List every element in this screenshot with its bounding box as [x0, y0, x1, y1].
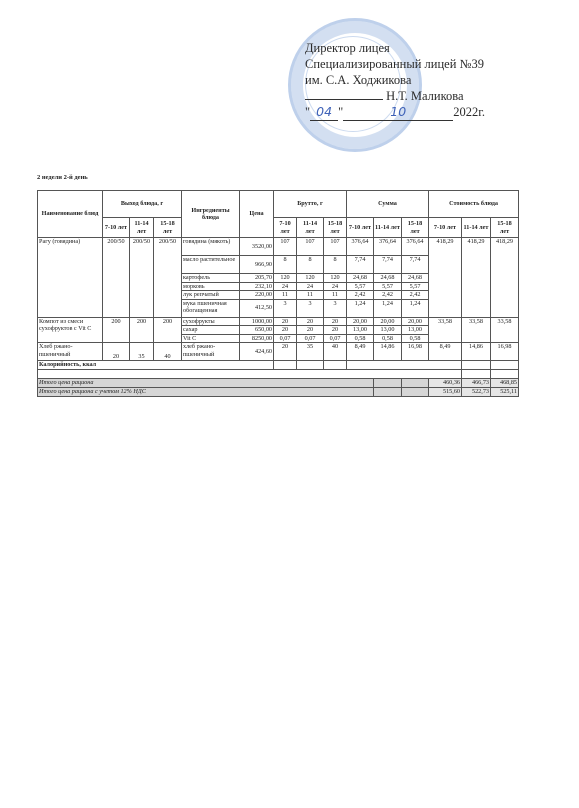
approval-institution: Специализированный лицей №39 — [305, 56, 545, 72]
header-brutto-age-3: 15-18 лет — [324, 218, 347, 238]
table-row: Рагу (говядина)200/50200/50200/50говядин… — [38, 238, 519, 256]
total-vat-value-age-2: 522,73 — [462, 388, 491, 397]
ingredient-sum: 13,00 — [402, 326, 429, 335]
header-yield-age-1: 7-10 лет — [103, 218, 130, 238]
total-value-age-2: 466,73 — [462, 379, 491, 388]
ingredient-brutto: 8 — [324, 256, 347, 274]
total-row: Итого цена рациона 460,36 466,73 468,85 — [38, 379, 519, 388]
dish-yield: 200/50 — [103, 238, 130, 318]
ingredient-name: мука пшеничная обогащенная — [182, 299, 240, 317]
ingredient-brutto: 11 — [297, 291, 324, 300]
ingredient-name: Vit C — [182, 334, 240, 343]
total-spacer — [374, 379, 402, 388]
ingredient-brutto: 20 — [324, 317, 347, 326]
total-spacer — [374, 388, 402, 397]
ingredient-sum: 7,74 — [347, 256, 374, 274]
header-cost-age-2: 11-14 лет — [462, 218, 491, 238]
ingredient-brutto: 3 — [274, 299, 297, 317]
ingredient-price: 3520,00 — [240, 238, 274, 256]
ingredient-brutto: 8 — [297, 256, 324, 274]
header-row-2: 7-10 лет 11-14 лет 15-18 лет 7-10 лет 11… — [38, 218, 519, 238]
blank-row — [38, 370, 519, 379]
table-row: Хлеб ржано-пшеничный203540хлеб ржано-пше… — [38, 343, 519, 361]
ingredient-name: сухофрукты — [182, 317, 240, 326]
dish-yield: 200/50 — [130, 238, 154, 318]
ingredient-brutto: 20 — [274, 317, 297, 326]
blank-cell — [38, 370, 462, 379]
ingredient-sum: 20,00 — [374, 317, 402, 326]
dish-yield: 20 — [103, 343, 130, 361]
ingredient-sum: 14,86 — [374, 343, 402, 361]
header-sum-age-3: 15-18 лет — [402, 218, 429, 238]
dish-yield: 40 — [154, 343, 182, 361]
dish-cost: 33,58 — [462, 317, 491, 343]
ingredient-sum: 376,64 — [402, 238, 429, 256]
dish-yield: 35 — [130, 343, 154, 361]
dish-cost: 33,58 — [429, 317, 462, 343]
dish-yield: 200 — [103, 317, 130, 343]
ingredient-sum: 5,57 — [374, 282, 402, 291]
ingredient-brutto: 20 — [274, 326, 297, 335]
total-vat-value-age-3: 525,11 — [491, 388, 519, 397]
ingredient-name: морковь — [182, 282, 240, 291]
ingredient-sum: 5,57 — [402, 282, 429, 291]
ingredient-sum: 1,24 — [402, 299, 429, 317]
dish-cost: 418,29 — [491, 238, 519, 318]
calories-cell — [491, 361, 519, 370]
ingredient-sum: 1,24 — [347, 299, 374, 317]
dish-cost: 16,98 — [491, 343, 519, 361]
dish-yield: 200 — [154, 317, 182, 343]
total-value-age-1: 460,36 — [429, 379, 462, 388]
header-price: Цена — [240, 191, 274, 238]
ingredient-brutto: 120 — [274, 274, 297, 283]
ingredient-price: 220,00 — [240, 291, 274, 300]
ingredient-price: 650,00 — [240, 326, 274, 335]
ingredient-sum: 13,00 — [374, 326, 402, 335]
ingredient-sum: 20,00 — [347, 317, 374, 326]
header-dish-name: Наименование блюд — [38, 191, 103, 238]
ingredient-price: 424,60 — [240, 343, 274, 361]
ingredient-sum: 376,64 — [374, 238, 402, 256]
dish-name: Хлеб ржано-пшеничный — [38, 343, 103, 361]
total-label: Итого цена рациона — [38, 379, 374, 388]
ingredient-sum: 24,68 — [374, 274, 402, 283]
ingredient-name: масло растительное — [182, 256, 240, 274]
ingredient-name: картофель — [182, 274, 240, 283]
header-cost: Стоимость блюда — [429, 191, 519, 218]
ingredient-name: сахар — [182, 326, 240, 335]
header-yield: Выход блюда, г — [103, 191, 182, 218]
signature-field — [305, 99, 383, 100]
menu-body: Рагу (говядина)200/50200/50200/50говядин… — [38, 238, 519, 361]
ingredient-sum: 2,42 — [374, 291, 402, 300]
ingredient-brutto: 24 — [324, 282, 347, 291]
ingredient-brutto: 20 — [297, 326, 324, 335]
dish-cost: 418,29 — [429, 238, 462, 318]
ingredient-sum: 13,00 — [347, 326, 374, 335]
total-value-age-3: 468,85 — [491, 379, 519, 388]
ingredient-brutto: 8 — [274, 256, 297, 274]
ingredient-brutto: 120 — [324, 274, 347, 283]
total-spacer — [402, 379, 429, 388]
ingredient-sum: 24,68 — [402, 274, 429, 283]
ingredient-sum: 376,64 — [347, 238, 374, 256]
ingredient-brutto: 20 — [274, 343, 297, 361]
approval-signature-line: Н.Т. Маликова — [305, 88, 545, 104]
ingredient-brutto: 3 — [297, 299, 324, 317]
ingredient-brutto: 40 — [324, 343, 347, 361]
calories-cell — [274, 361, 297, 370]
ingredient-name: лук репчатый — [182, 291, 240, 300]
dish-cost: 14,86 — [462, 343, 491, 361]
calories-cell — [297, 361, 324, 370]
date-day: 04 — [310, 104, 338, 121]
ingredient-sum: 7,74 — [402, 256, 429, 274]
calories-cell — [462, 361, 491, 370]
ingredient-brutto: 20 — [324, 326, 347, 335]
ingredient-brutto: 0,07 — [274, 334, 297, 343]
ingredient-brutto: 11 — [324, 291, 347, 300]
menu-table: Наименование блюд Выход блюда, г Ингреди… — [37, 190, 519, 397]
total-vat-value-age-1: 515,60 — [429, 388, 462, 397]
ingredient-brutto: 20 — [297, 317, 324, 326]
table-row: Компот из смеси сухофруктов с Vit C20020… — [38, 317, 519, 326]
calories-cell — [347, 361, 462, 370]
ingredient-sum: 16,98 — [402, 343, 429, 361]
menu-subtitle: 2 недели 2-й день — [37, 174, 88, 181]
header-cost-age-1: 7-10 лет — [429, 218, 462, 238]
header-yield-age-3: 15-18 лет — [154, 218, 182, 238]
ingredient-sum: 5,57 — [347, 282, 374, 291]
dish-cost: 8,49 — [429, 343, 462, 361]
date-month: 10 — [343, 104, 453, 121]
ingredient-brutto: 0,07 — [297, 334, 324, 343]
ingredient-name: хлеб ржано-пшеничный — [182, 343, 240, 361]
ingredient-brutto: 24 — [297, 282, 324, 291]
dish-cost: 33,58 — [491, 317, 519, 343]
dish-yield: 200 — [130, 317, 154, 343]
ingredient-sum: 0,58 — [374, 334, 402, 343]
ingredient-price: 205,70 — [240, 274, 274, 283]
dish-cost: 418,29 — [462, 238, 491, 318]
approval-date-line: "04"102022г. — [305, 104, 545, 121]
ingredient-price: 8250,00 — [240, 334, 274, 343]
ingredient-sum: 24,68 — [347, 274, 374, 283]
header-ingredients: Ингредиенты блюда — [182, 191, 240, 238]
ingredient-brutto: 107 — [297, 238, 324, 256]
approval-institution-name: им. С.А. Ходжикова — [305, 72, 545, 88]
total-vat-row: Итого цена рациона с учетом 12% НДС 515,… — [38, 388, 519, 397]
approval-block: Директор лицея Специализированный лицей … — [305, 40, 545, 121]
blank-cell — [462, 370, 491, 379]
ingredient-sum: 1,24 — [374, 299, 402, 317]
ingredient-brutto: 107 — [324, 238, 347, 256]
header-sum-age-1: 7-10 лет — [347, 218, 374, 238]
calories-cell — [324, 361, 347, 370]
ingredient-name: говядина (мякоть) — [182, 238, 240, 256]
signer-name: Н.Т. Маликова — [386, 89, 463, 103]
ingredient-sum: 0,58 — [402, 334, 429, 343]
ingredient-sum: 2,42 — [347, 291, 374, 300]
header-yield-age-2: 11-14 лет — [130, 218, 154, 238]
total-spacer — [402, 388, 429, 397]
ingredient-brutto: 120 — [297, 274, 324, 283]
ingredient-brutto: 11 — [274, 291, 297, 300]
dish-name: Компот из смеси сухофруктов с Vit C — [38, 317, 103, 343]
header-brutto: Брутто, г — [274, 191, 347, 218]
ingredient-brutto: 0,07 — [324, 334, 347, 343]
blank-cell — [491, 370, 519, 379]
ingredient-sum: 2,42 — [402, 291, 429, 300]
ingredient-price: 1000,00 — [240, 317, 274, 326]
ingredient-price: 232,10 — [240, 282, 274, 291]
ingredient-price: 412,50 — [240, 299, 274, 317]
ingredient-sum: 8,49 — [347, 343, 374, 361]
ingredient-brutto: 35 — [297, 343, 324, 361]
header-sum-age-2: 11-14 лет — [374, 218, 402, 238]
total-vat-label: Итого цена рациона с учетом 12% НДС — [38, 388, 374, 397]
ingredient-brutto: 24 — [274, 282, 297, 291]
header-cost-age-3: 15-18 лет — [491, 218, 519, 238]
dish-yield: 200/50 — [154, 238, 182, 318]
calories-label: Калорийность, ккал — [38, 361, 274, 370]
header-brutto-age-1: 7-10 лет — [274, 218, 297, 238]
header-row-1: Наименование блюд Выход блюда, г Ингреди… — [38, 191, 519, 218]
ingredient-sum: 20,00 — [402, 317, 429, 326]
header-sum: Сумма — [347, 191, 429, 218]
ingredient-price: 966,90 — [240, 256, 274, 274]
calories-row: Калорийность, ккал — [38, 361, 519, 370]
menu-footer: Калорийность, ккал Итого цена рациона 46… — [38, 361, 519, 397]
ingredient-brutto: 3 — [324, 299, 347, 317]
ingredient-brutto: 107 — [274, 238, 297, 256]
header-brutto-age-2: 11-14 лет — [297, 218, 324, 238]
date-year: 2022г. — [453, 105, 485, 119]
dish-name: Рагу (говядина) — [38, 238, 103, 318]
ingredient-sum: 0,58 — [347, 334, 374, 343]
ingredient-sum: 7,74 — [374, 256, 402, 274]
approval-title: Директор лицея — [305, 40, 545, 56]
